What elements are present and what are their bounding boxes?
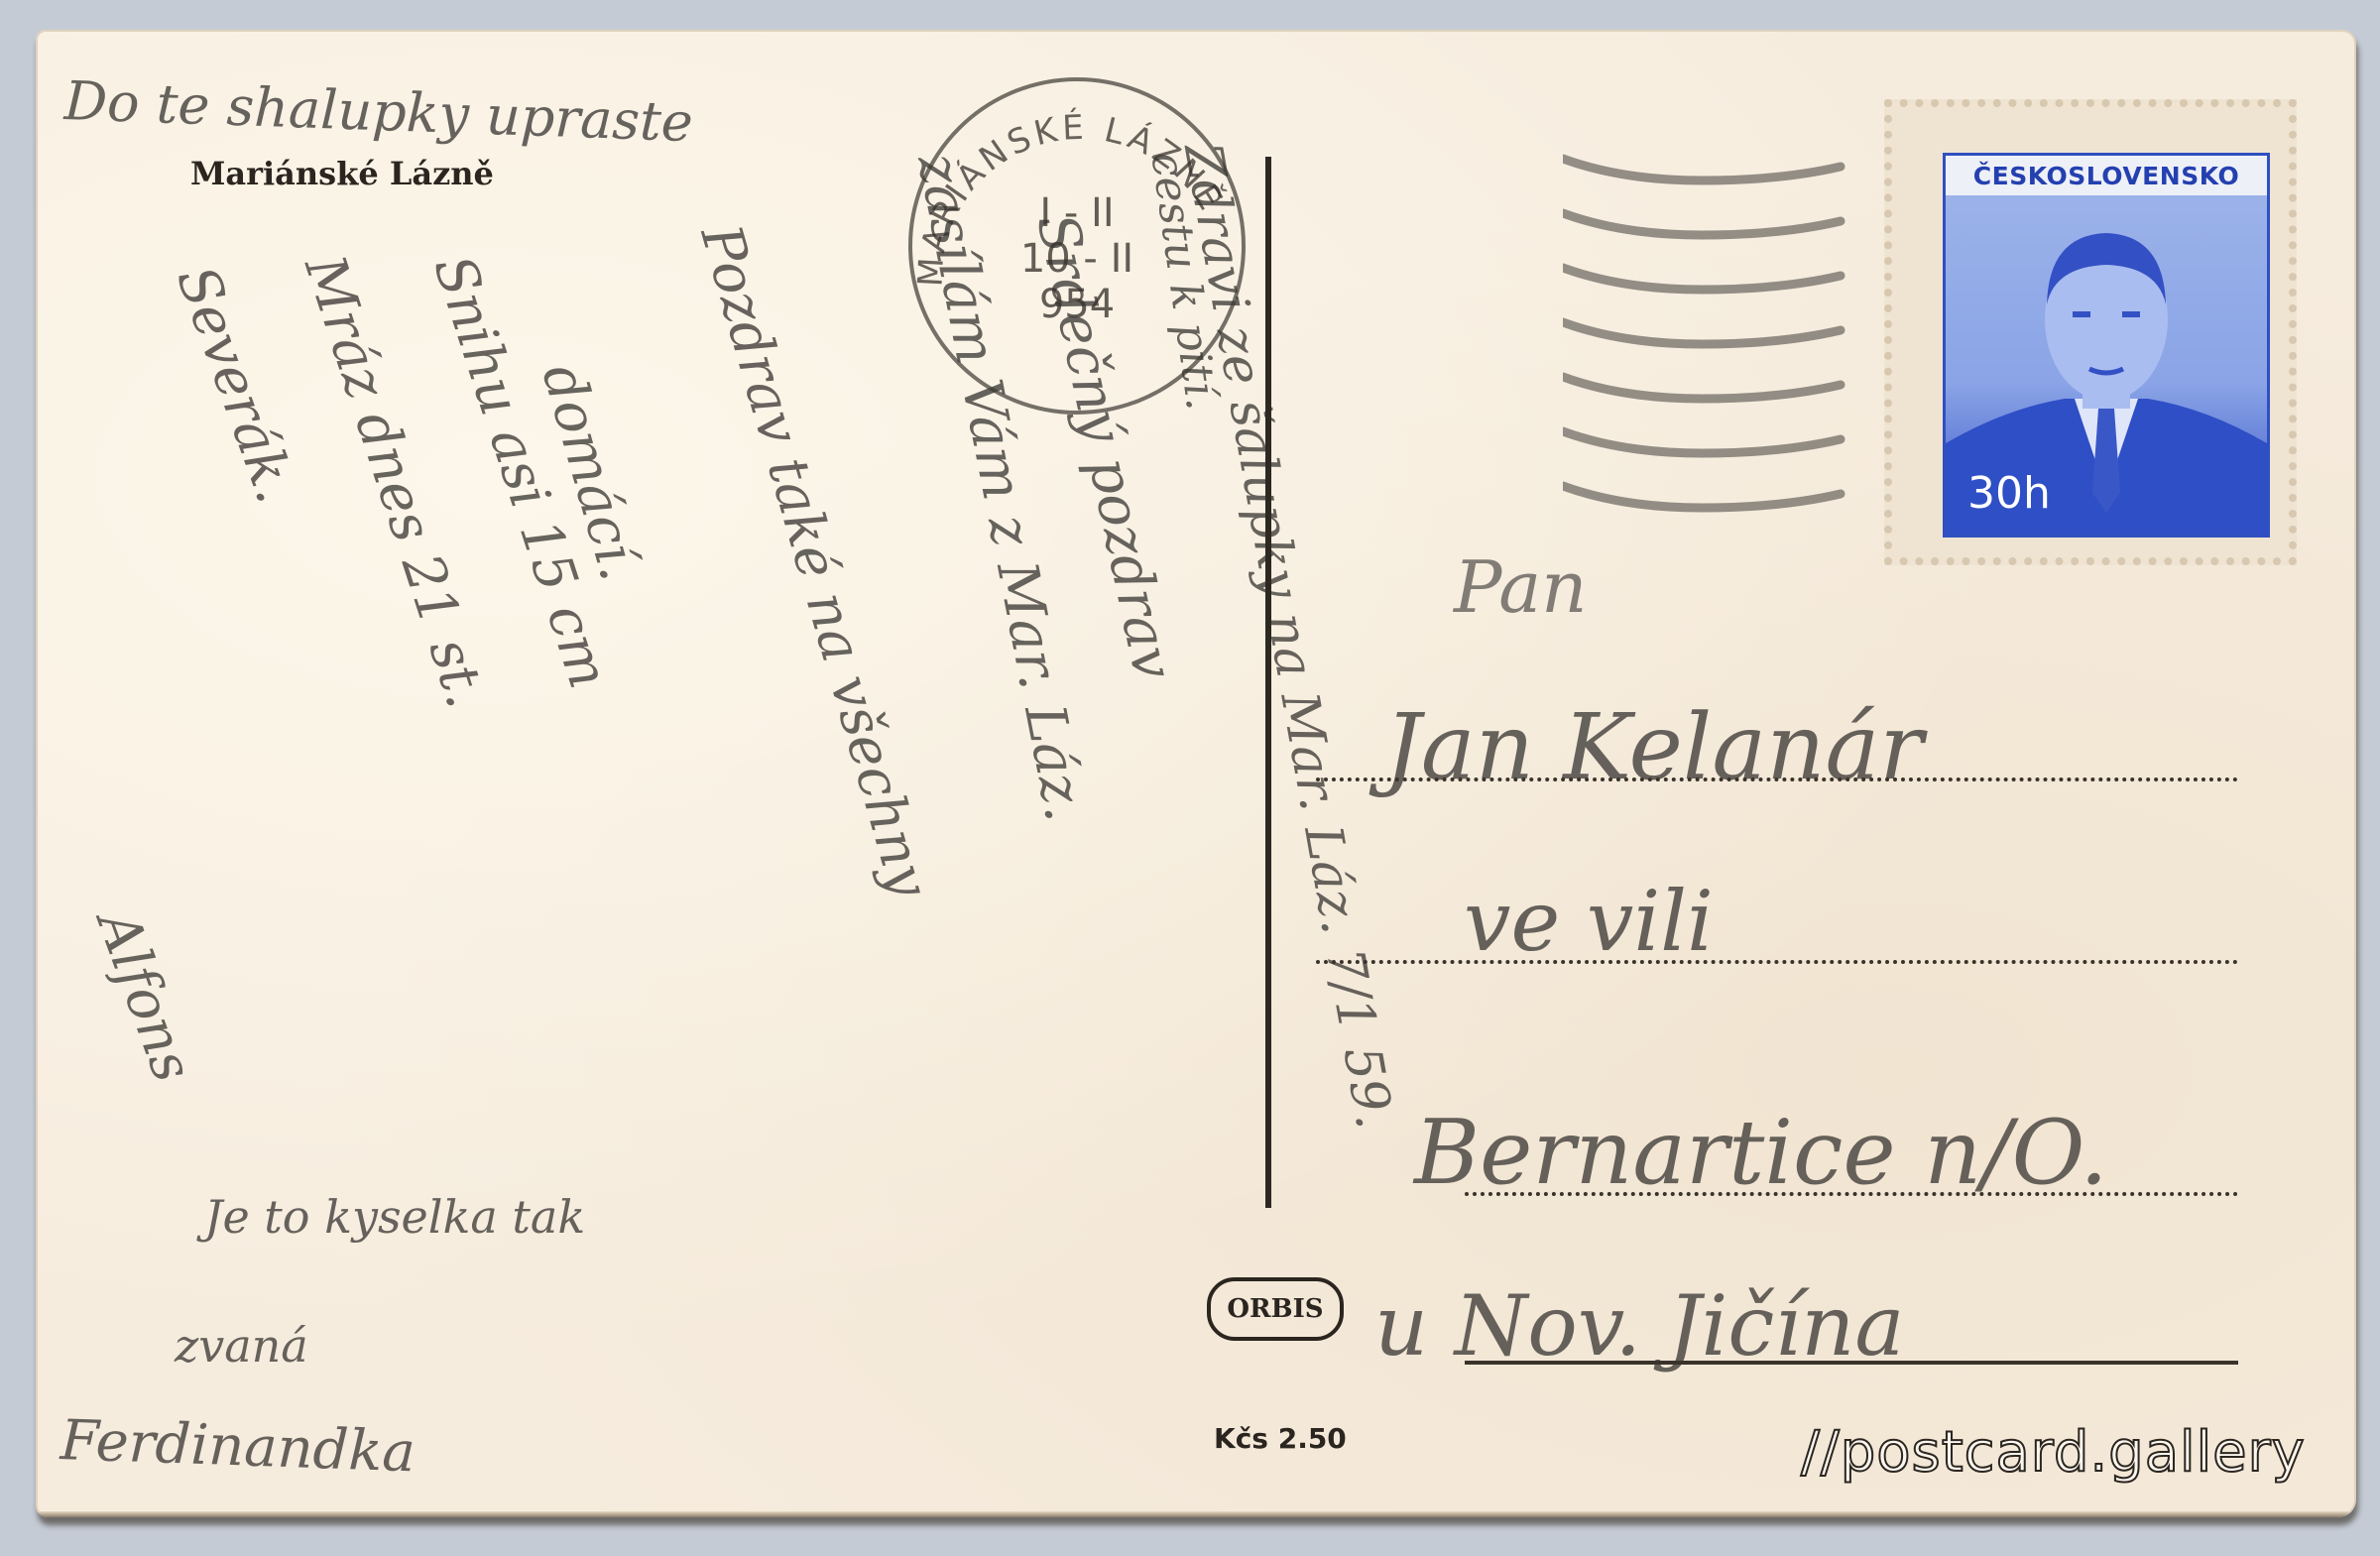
address-line-3 (1465, 1192, 2238, 1196)
stamp-country: ČESKOSLOVENSKO (1946, 156, 2267, 195)
divider-line (1265, 157, 1271, 1208)
address-salutation: Pan (1454, 545, 1588, 629)
watermark: //postcard.gallery (1801, 1420, 2306, 1485)
address-line-1 (1316, 778, 2238, 781)
postmark-date: I - II 10 - II 954 (912, 190, 1242, 327)
stamp-value: 30h (1967, 468, 2051, 519)
publisher-logo: ORBIS (1207, 1277, 1344, 1341)
handwritten-footnote: Je to kyselka tak (204, 1190, 585, 1244)
address-line-4 (1465, 1361, 2238, 1365)
handwritten-column: Alfons (84, 902, 205, 1090)
address-name: Jan Kelanár (1384, 694, 1923, 800)
handwritten-top-line: Do te shalupky upraste (63, 69, 694, 154)
postcard-caption: Mariánské Lázně (190, 155, 494, 192)
address-line2: ve vili (1464, 873, 1714, 970)
handwritten-column: Severák. (164, 258, 308, 511)
address-town: Bernartice n/O. (1414, 1101, 2108, 1205)
card-edge (36, 1511, 2356, 1517)
postcard: Mariánské Lázně Do te shalupky upraste Z… (36, 30, 2356, 1517)
handwritten-column: Pozdrav také na všechny (688, 218, 942, 904)
handwritten-footnote: Ferdinandka (59, 1408, 416, 1485)
postage-stamp: ČESKOSLOVENSKO 30h (1943, 153, 2270, 538)
handwritten-footnote: zvaná (175, 1319, 308, 1373)
address-line-2 (1316, 960, 2238, 964)
price-label: Kčs 2.50 (1214, 1422, 1347, 1455)
postmark: MARIÁNSKÉ LÁZNĚ I - II 10 - II 954 (908, 77, 1246, 415)
